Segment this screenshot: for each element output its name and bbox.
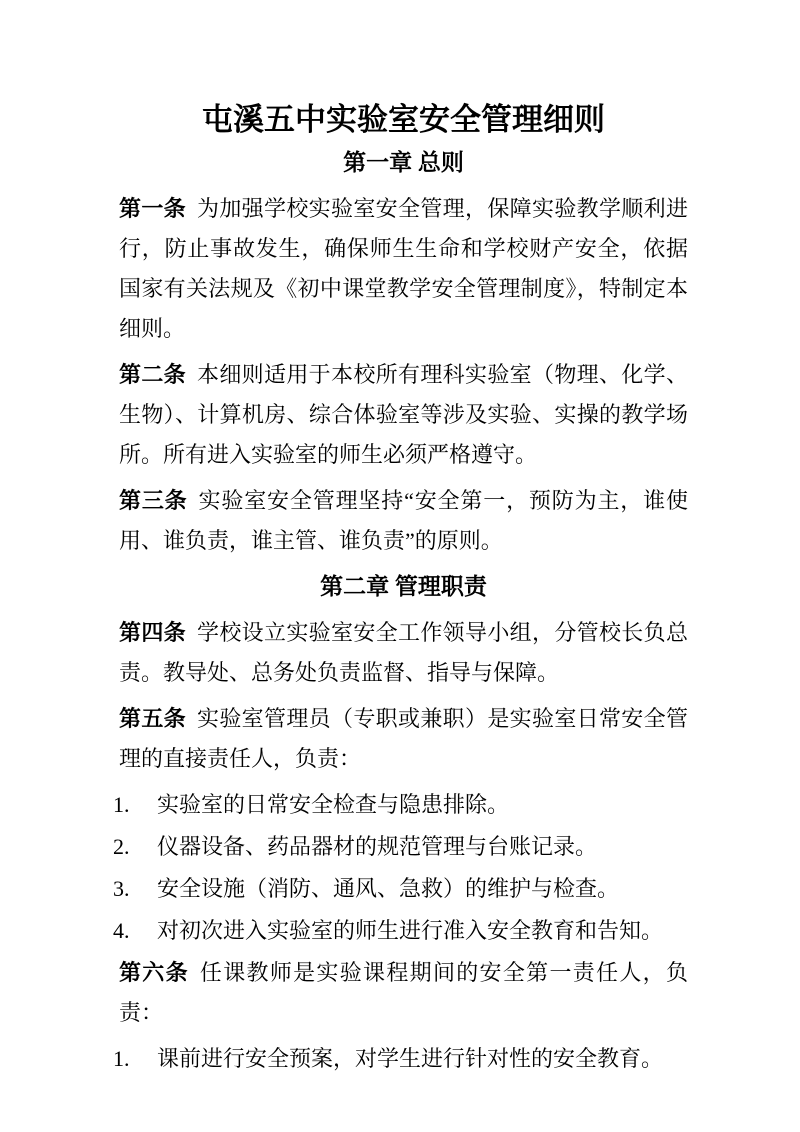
list-number: 2. [113,827,157,867]
chapter-heading-2: 第二章 管理职责 [119,567,688,607]
article-label: 第五条 [119,706,186,731]
article-paragraph-3: 第三条实验室安全管理坚持“安全第一，预防为主，谁使用、谁负责，谁主管、谁负责”的… [119,481,688,561]
list-item: 3.安全设施（消防、通风、急救）的维护与检查。 [119,869,688,909]
list-text: 实验室的日常安全检查与隐患排除。 [157,785,688,825]
list-number: 1. [113,785,157,825]
chapter-heading-1: 第一章 总则 [119,143,688,183]
article-paragraph-4: 第四条学校设立实验室安全工作领导小组，分管校长负总责。教导处、总务处负责监督、指… [119,613,688,693]
list-item: 1.实验室的日常安全检查与隐患排除。 [119,785,688,825]
article-text: 实验室安全管理坚持“安全第一，预防为主，谁使用、谁负责，谁主管、谁负责”的原则。 [119,488,688,553]
article-text: 任课教师是实验课程期间的安全第一责任人，负责： [119,960,688,1025]
list-item: 2.仪器设备、药品器材的规范管理与台账记录。 [119,827,688,867]
article-text: 学校设立实验室安全工作领导小组，分管校长负总责。教导处、总务处负责监督、指导与保… [119,620,688,685]
article-label: 第一条 [119,196,186,221]
article-paragraph-2: 第二条本细则适用于本校所有理科实验室（物理、化学、生物）、计算机房、综合体验室等… [119,355,688,475]
article-label: 第三条 [119,488,188,513]
article-text: 实验室管理员（专职或兼职）是实验室日常安全管理的直接责任人，负责： [119,706,688,771]
article-text: 本细则适用于本校所有理科实验室（物理、化学、生物）、计算机房、综合体验室等涉及实… [119,362,688,467]
article-label: 第二条 [119,362,186,387]
list-text: 安全设施（消防、通风、急救）的维护与检查。 [157,869,688,909]
article-paragraph-6: 第六条任课教师是实验课程期间的安全第一责任人，负责： [119,953,688,1033]
document-page: 屯溪五中实验室安全管理细则 第一章 总则 第一条为加强学校实验室安全管理，保障实… [0,0,800,1132]
article-label: 第六条 [119,960,189,985]
article-paragraph-1: 第一条为加强学校实验室安全管理，保障实验教学顺利进行，防止事故发生，确保师生生命… [119,189,688,349]
list-item: 4.对初次进入实验室的师生进行准入安全教育和告知。 [119,911,688,951]
list-number: 3. [113,869,157,909]
article-paragraph-5: 第五条实验室管理员（专职或兼职）是实验室日常安全管理的直接责任人，负责： [119,699,688,779]
list-number: 4. [113,911,157,951]
list-text: 仪器设备、药品器材的规范管理与台账记录。 [157,827,688,867]
list-text: 课前进行安全预案，对学生进行针对性的安全教育。 [157,1039,688,1079]
article-text: 为加强学校实验室安全管理，保障实验教学顺利进行，防止事故发生，确保师生生命和学校… [119,196,688,341]
list-item: 1.课前进行安全预案，对学生进行针对性的安全教育。 [119,1039,688,1079]
document-title: 屯溪五中实验室安全管理细则 [119,97,688,143]
list-text: 对初次进入实验室的师生进行准入安全教育和告知。 [157,911,688,951]
list-number: 1. [113,1039,157,1079]
article-label: 第四条 [119,620,186,645]
